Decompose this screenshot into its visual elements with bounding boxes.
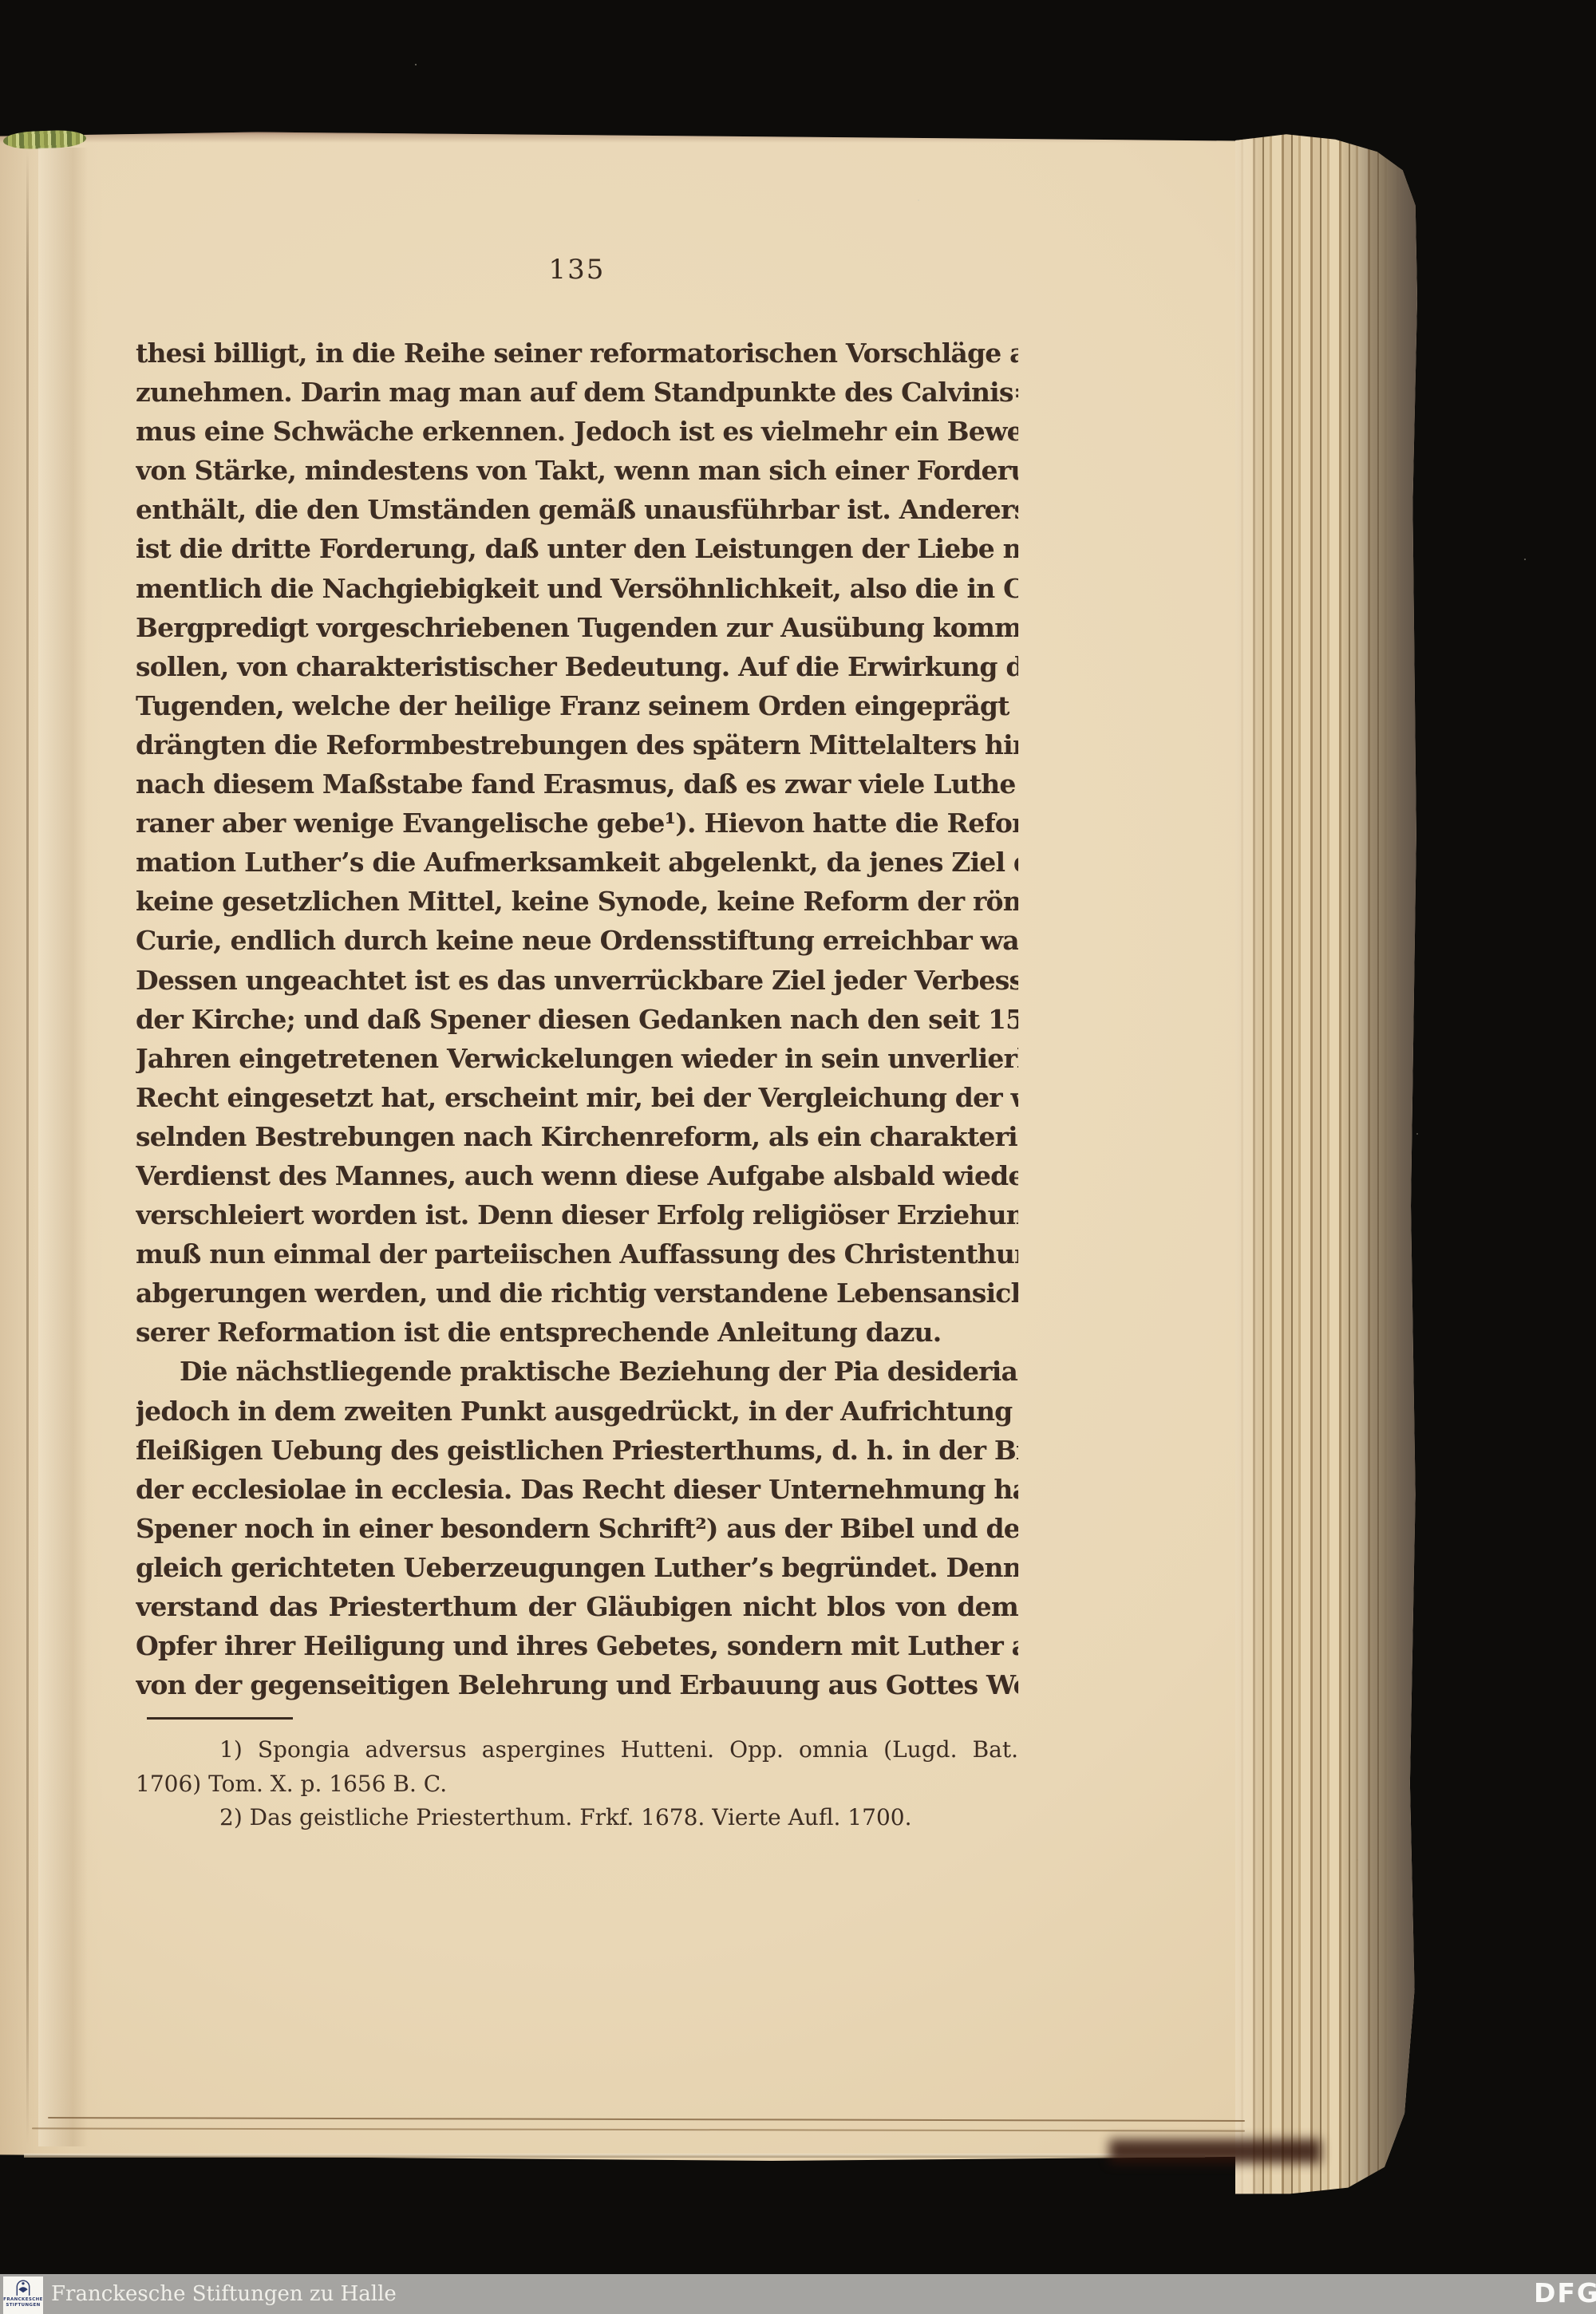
text-line: jedoch in dem zweiten Punkt ausgedrückt,… [136,1392,1018,1431]
text-line: mus eine Schwäche erkennen. Jedoch ist e… [136,412,1018,451]
text-line: thesi billigt, in die Reihe seiner refor… [136,334,1018,373]
gutter-fold-highlight [38,148,88,2146]
dust-specks [415,64,417,65]
text-line: Recht eingesetzt hat, erscheint mir, bei… [136,1078,1018,1117]
text-line: verschleiert worden ist. Denn dieser Erf… [136,1195,1018,1234]
text-line: von der gegenseitigen Belehrung und Erba… [136,1665,1018,1704]
text-line: mentlich die Nachgiebigkeit und Versöhnl… [136,569,1018,608]
footnote-line: 2) Das geistliche Priesterthum. Frkf. 16… [136,1801,1018,1835]
text-line: enthält, die den Umständen gemäß unausfü… [136,490,1018,529]
text-line: sollen, von charakteristischer Bedeutung… [136,647,1018,686]
text-line: Dessen ungeachtet ist es das unverrückba… [136,961,1018,1000]
text-line: gleich gerichteten Ueberzeugungen Luther… [136,1548,1018,1587]
page-text: thesi billigt, in die Reihe seiner refor… [136,334,1018,1704]
text-line: Die nächstliegende praktische Beziehung … [136,1352,1018,1391]
text-line: mation Luther’s die Aufmerksamkeit abgel… [136,843,1018,882]
franckesche-stiftungen-logo: FRANCKESCHE STIFTUNGEN [3,2276,43,2314]
logo-text-line2: STIFTUNGEN [6,2303,40,2308]
eagle-emblem-icon [14,2278,32,2297]
page-stack-fore-edge [1235,133,1417,2196]
text-line: Spener noch in einer besondern Schrift²)… [136,1509,1018,1548]
footnote-line: 1706) Tom. X. p. 1656 B. C. [136,1767,1018,1802]
text-line: Tugenden, welche der heilige Franz seine… [136,686,1018,725]
text-line: abgerungen werden, und die richtig verst… [136,1273,1018,1313]
footnote-line: 1) Spongia adversus aspergines Hutteni. … [136,1733,1018,1767]
institution-label: Franckesche Stiftungen zu Halle [51,2274,397,2314]
page-number: 135 [136,254,1018,286]
text-line: verstand das Priesterthum der Gläubigen … [136,1587,1018,1626]
text-line: muß nun einmal der parteiischen Auffassu… [136,1234,1018,1273]
text-line: Jahren eingetretenen Verwickelungen wied… [136,1039,1018,1078]
text-line: selnden Bestrebungen nach Kirchenreform,… [136,1117,1018,1156]
footnote-separator-rule [147,1717,293,1720]
text-line: Verdienst des Mannes, auch wenn diese Au… [136,1156,1018,1195]
bottom-edge-shadow [1109,2139,1321,2163]
dfg-logo: DFG [1534,2274,1596,2314]
text-line: drängten die Reformbestrebungen des spät… [136,725,1018,764]
text-line: Opfer ihrer Heiligung und ihres Gebetes,… [136,1626,1018,1665]
text-line: raner aber wenige Evangelische gebe¹). H… [136,804,1018,843]
text-line: keine gesetzlichen Mittel, keine Synode,… [136,882,1018,921]
text-line: ist die dritte Forderung, daß unter den … [136,529,1018,568]
text-line: von Stärke, mindestens von Takt, wenn ma… [136,451,1018,490]
bottom-page-edge-lip [24,2154,1205,2158]
text-line: nach diesem Maßstabe fand Erasmus, daß e… [136,764,1018,804]
footnotes: 1) Spongia adversus aspergines Hutteni. … [136,1733,1018,1835]
text-line: zunehmen. Darin mag man auf dem Standpun… [136,373,1018,412]
text-line: Bergpredigt vorgeschriebenen Tugenden zu… [136,608,1018,647]
text-line: der Kirche; und daß Spener diesen Gedank… [136,1000,1018,1039]
text-line: serer Reformation ist die entsprechende … [136,1313,1018,1352]
text-line: fleißigen Uebung des geistlichen Prieste… [136,1431,1018,1470]
text-line: Curie, endlich durch keine neue Ordensst… [136,921,1018,960]
gutter-crease [26,150,29,2145]
text-line: der ecclesiolae in ecclesia. Das Recht d… [136,1470,1018,1509]
scanned-book-photo: 135 thesi billigt, in die Reihe seiner r… [0,0,1596,2314]
